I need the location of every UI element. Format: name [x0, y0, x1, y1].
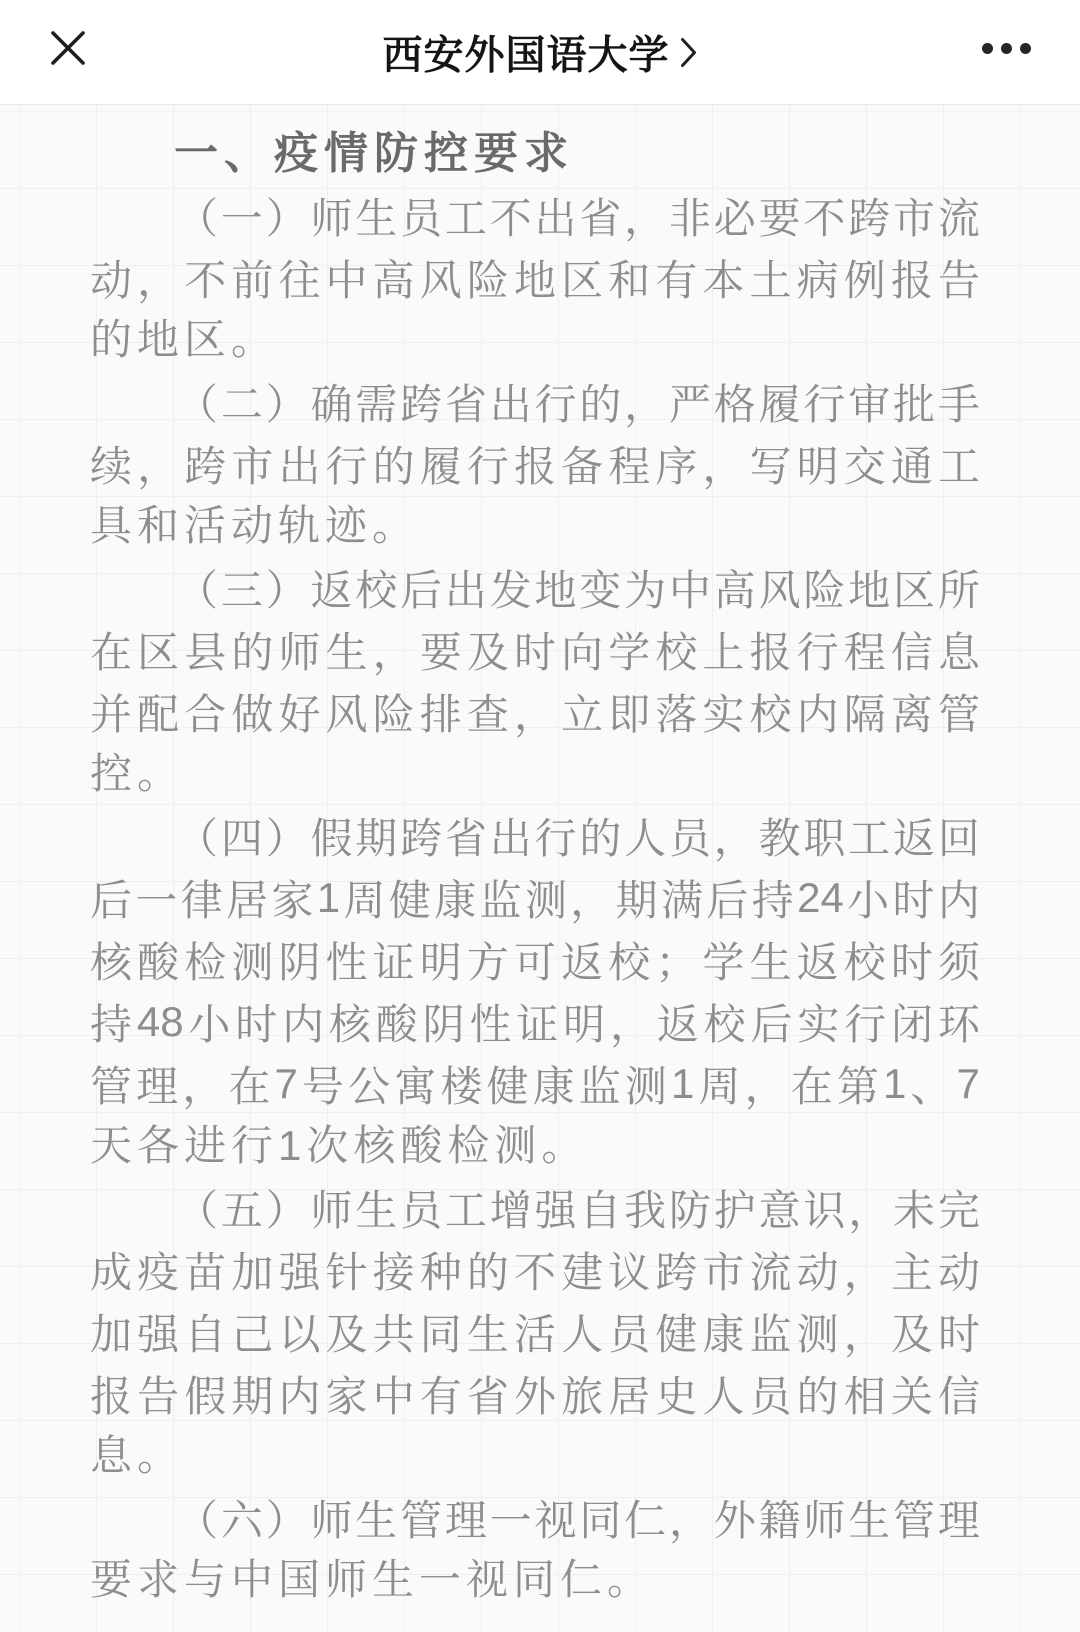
section-heading: 一、疫情防控要求	[90, 123, 980, 185]
page-title: 西安外国语大学	[383, 24, 670, 81]
text-line: （四）假期跨省出行的人员，教职工返回	[90, 805, 980, 867]
text-line: （三）返校后出发地变为中高风险地区所	[90, 557, 980, 619]
paragraph: （五）师生员工增强自我防护意识，未完成疫苗加强针接种的不建议跨市流动，主动加强自…	[90, 1177, 980, 1487]
paragraph: （三）返校后出发地变为中高风险地区所在区县的师生，要及时向学校上报行程信息并配合…	[90, 557, 980, 805]
text-line: 并配合做好风险排查，立即落实校内隔离管	[90, 681, 980, 743]
text-line: 管理，在7号公寓楼健康监测1周，在第1、7	[90, 1053, 980, 1115]
paragraph: （一）师生员工不出省，非必要不跨市流动，不前往中高风险地区和有本土病例报告的地区…	[90, 185, 980, 371]
text-line: 控。	[90, 743, 980, 805]
text-line: 报告假期内家中有省外旅居史人员的相关信	[90, 1363, 980, 1425]
text-line: 息。	[90, 1425, 980, 1487]
close-icon	[48, 28, 88, 68]
text-line: 加强自己以及共同生活人员健康监测，及时	[90, 1301, 980, 1363]
more-menu-button[interactable]	[976, 24, 1036, 72]
account-title[interactable]: 西安外国语大学	[383, 24, 698, 81]
chevron-right-icon	[680, 35, 698, 69]
text-line: 后一律居家1周健康监测，期满后持24小时内	[90, 867, 980, 929]
text-line: 持48小时内核酸阴性证明，返校后实行闭环	[90, 991, 980, 1053]
document-body: 一、疫情防控要求 （一）师生员工不出省，非必要不跨市流动，不前往中高风险地区和有…	[0, 105, 1080, 1611]
text-line: 具和活动轨迹。	[90, 495, 980, 557]
text-line: 的地区。	[90, 309, 980, 371]
text-line: 要求与中国师生一视同仁。	[90, 1549, 980, 1611]
text-line: （五）师生员工增强自我防护意识，未完	[90, 1177, 980, 1239]
text-line: 续，跨市出行的履行报备程序，写明交通工	[90, 433, 980, 495]
text-line: （一）师生员工不出省，非必要不跨市流	[90, 185, 980, 247]
text-line: （六）师生管理一视同仁，外籍师生管理	[90, 1487, 980, 1549]
text-line: 动，不前往中高风险地区和有本土病例报告	[90, 247, 980, 309]
close-button[interactable]	[44, 24, 92, 72]
text-line: （二）确需跨省出行的，严格履行审批手	[90, 371, 980, 433]
text-line: 在区县的师生，要及时向学校上报行程信息	[90, 619, 980, 681]
paragraph: （四）假期跨省出行的人员，教职工返回后一律居家1周健康监测，期满后持24小时内核…	[90, 805, 980, 1177]
paragraph: （六）师生管理一视同仁，外籍师生管理要求与中国师生一视同仁。	[90, 1487, 980, 1611]
three-dots-icon	[982, 43, 1031, 54]
text-line: 核酸检测阴性证明方可返校；学生返校时须	[90, 929, 980, 991]
article-scroll-area[interactable]: 一、疫情防控要求 （一）师生员工不出省，非必要不跨市流动，不前往中高风险地区和有…	[0, 105, 1080, 1632]
text-line: 天各进行1次核酸检测。	[90, 1115, 980, 1177]
paragraph: （二）确需跨省出行的，严格履行审批手续，跨市出行的履行报备程序，写明交通工具和活…	[90, 371, 980, 557]
navbar: 西安外国语大学	[0, 0, 1080, 105]
text-line: 成疫苗加强针接种的不建议跨市流动，主动	[90, 1239, 980, 1301]
